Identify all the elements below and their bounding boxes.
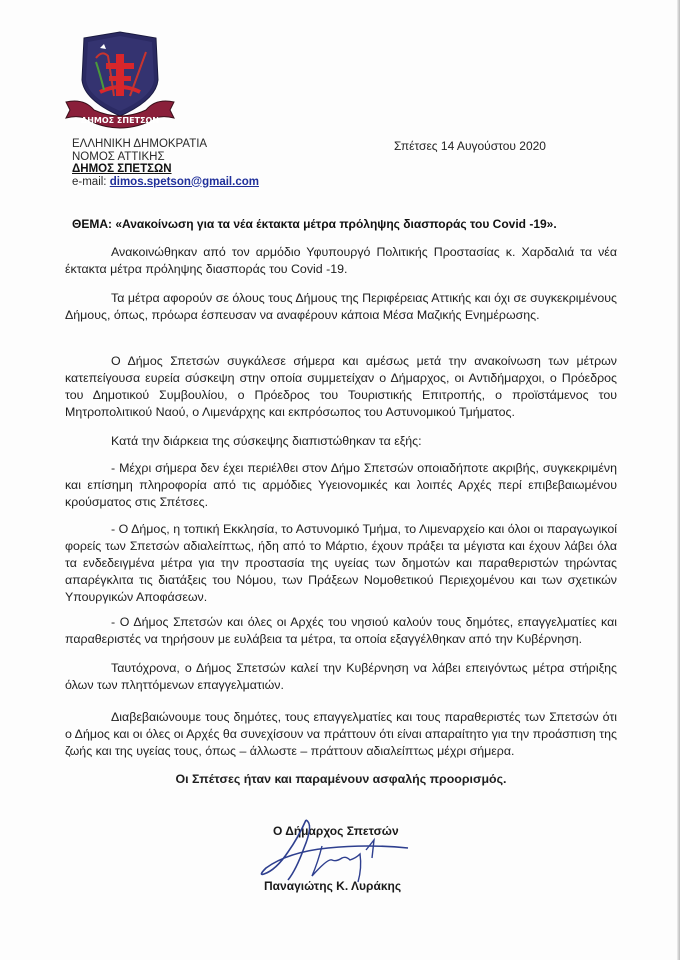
paragraph: - Ο Δήμος, η τοπική Εκκλησία, το Αστυνομ…: [65, 521, 617, 606]
paragraph: Διαβεβαιώνουμε τους δημότες, τους επαγγε…: [65, 709, 617, 760]
closing-statement: Οι Σπέτσες ήταν και παραμένουν ασφαλής π…: [65, 771, 617, 788]
document-date: Σπέτσες 14 Αυγούστου 2020: [394, 139, 546, 153]
municipality-crest-icon: ΔΗΜΟΣ ΣΠΕΤΣΩΝ: [64, 30, 176, 134]
paragraph: Τα μέτρα αφορούν σε όλους τους Δήμους τη…: [65, 290, 617, 324]
crest-ribbon-text: ΔΗΜΟΣ ΣΠΕΤΣΩΝ: [81, 116, 159, 125]
email-line: e-mail: dimos.spetson@gmail.com: [72, 176, 259, 189]
email-label: e-mail:: [72, 176, 107, 188]
signatory-name: Παναγιώτης Κ. Λυράκης: [264, 879, 401, 893]
email-link[interactable]: dimos.spetson@gmail.com: [110, 176, 259, 188]
paragraph: - Ο Δήμος Σπετσών και όλες οι Αρχές του …: [65, 614, 617, 648]
document-subject: ΘΕΜΑ: «Ανακοίνωση για τα νέα έκτακτα μέτ…: [72, 217, 557, 231]
sender-block: ΕΛΛΗΝΙΚΗ ΔΗΜΟΚΡΑΤΙΑ ΝΟΜΟΣ ΑΤΤΙΚΗΣ ΔΗΜΟΣ …: [72, 138, 259, 188]
paragraph: Ανακοινώθηκαν από τον αρμόδιο Υφυπουργό …: [65, 244, 617, 278]
prefecture-line: ΝΟΜΟΣ ΑΤΤΙΚΗΣ: [72, 151, 259, 164]
country-line: ΕΛΛΗΝΙΚΗ ΔΗΜΟΚΡΑΤΙΑ: [72, 138, 259, 151]
paragraph: - Μέχρι σήμερα δεν έχει περιέλθει στον Δ…: [65, 460, 617, 511]
paragraph: Ο Δήμος Σπετσών συγκάλεσε σήμερα και αμέ…: [65, 353, 617, 421]
municipality-line: ΔΗΜΟΣ ΣΠΕΤΣΩΝ: [72, 163, 259, 176]
paragraph: Ταυτόχρονα, ο Δήμος Σπετσών καλεί την Κυ…: [65, 660, 617, 694]
paragraph: Κατά την διάρκεια της σύσκεψης διαπιστώθ…: [65, 433, 617, 450]
